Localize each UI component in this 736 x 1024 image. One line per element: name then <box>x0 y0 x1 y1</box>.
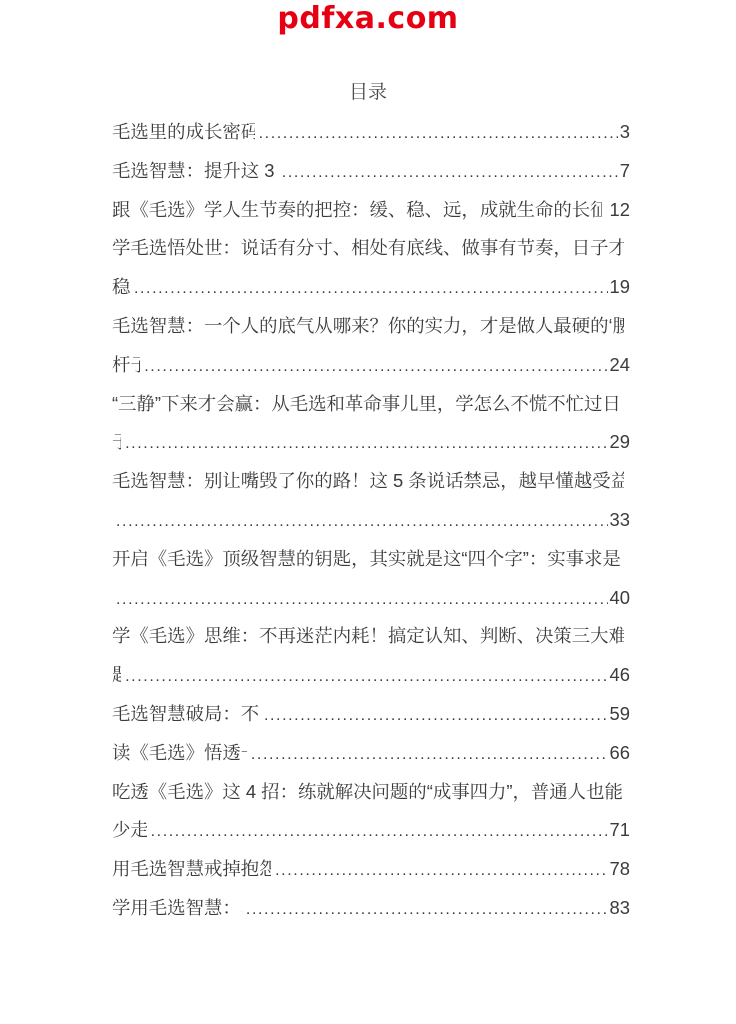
dot-leader: ........................................… <box>112 503 608 542</box>
toc-entry-text: 学毛选悟处世：说话有分寸、相处有底线、做事有节奏，日子才 <box>112 229 624 268</box>
toc-entry-text: 开启《毛选》顶级智慧的钥匙，其实就是这“四个字”：实事求是！ <box>112 540 624 579</box>
toc-page-number: 59 <box>610 695 630 734</box>
toc-entry-line: ........................................… <box>112 501 630 540</box>
dot-leader: ........................................… <box>242 891 608 930</box>
toc-entry-line: 毛选智慧破局：不顺时，果断卸下这 3 个“精神包袱”..............… <box>112 695 630 734</box>
dot-leader: ........................................… <box>255 115 618 154</box>
toc-page-number: 24 <box>610 346 630 385</box>
toc-entry-line: ........................................… <box>112 579 630 618</box>
dot-leader: ........................................… <box>147 813 608 852</box>
dot-leader: ........................................… <box>130 270 608 309</box>
toc-entry-text: 毛选智慧：提升这 3 个核心能力，就算是普通人也能干成事 <box>112 152 278 191</box>
toc-entry-line: 开启《毛选》顶级智慧的钥匙，其实就是这“四个字”：实事求是！ <box>112 540 630 579</box>
toc-page-number: 46 <box>610 656 630 695</box>
toc-entry-text: 跟《毛选》学人生节奏的把控：缓、稳、远，成就生命的长征 <box>112 191 602 230</box>
toc-entry-line: “三静”下来才会赢：从毛选和革命事儿里，学怎么不慌不忙过日 <box>112 385 630 424</box>
dot-leader: ........................................… <box>278 154 618 193</box>
toc-entry-line: 毛选智慧：提升这 3 个核心能力，就算是普通人也能干成事............… <box>112 152 630 191</box>
toc-page-number: 83 <box>610 889 630 928</box>
toc-entry-line: 毛选里的成长密码：越想向上长，就越要向下扎...................… <box>112 113 630 152</box>
toc-page-number: 66 <box>610 734 630 773</box>
dot-leader: ........................................… <box>112 581 608 620</box>
toc-entry-text: “三静”下来才会赢：从毛选和革命事儿里，学怎么不慌不忙过日 <box>112 385 621 424</box>
dot-leader: ........................................… <box>247 736 608 775</box>
toc-entry-text: 毛选智慧破局：不顺时，果断卸下这 3 个“精神包袱” <box>112 695 260 734</box>
toc-entry-line: 杆子’！....................................… <box>112 346 630 385</box>
toc-entry-line: 子.......................................… <box>112 423 630 462</box>
toc-entry-line: 题.......................................… <box>112 656 630 695</box>
toc-entry-text: 毛选智慧：一个人的底气从哪来？你的实力，才是做人最硬的‘腰 <box>112 307 624 346</box>
toc-entry-text: 毛选里的成长密码：越想向上长，就越要向下扎 <box>112 113 255 152</box>
toc-entry-line: 毛选智慧：别让嘴毁了你的路！这 5 条说话禁忌，越早懂越受益 <box>112 462 630 501</box>
toc-entry-line: 少走弯路....................................… <box>112 811 630 850</box>
toc-entry-line: 读《毛选》悟透一个道理：越固执，越没本事....................… <box>112 734 630 773</box>
toc-entry-text: 杆子’！ <box>112 346 140 385</box>
toc-entry-line: 学《毛选》思维：不再迷茫内耗！搞定认知、判断、决策三大难 <box>112 617 630 656</box>
toc-entry-text: 学用毛选智慧：真正厉害的人，都不慌不忙 <box>112 889 242 928</box>
toc-entry-text: 毛选智慧：别让嘴毁了你的路！这 5 条说话禁忌，越早懂越受益 <box>112 462 624 501</box>
toc-entry-line: 毛选智慧：一个人的底气从哪来？你的实力，才是做人最硬的‘腰 <box>112 307 630 346</box>
toc-page-number: 71 <box>610 811 630 850</box>
toc-page-number: 3 <box>620 113 630 152</box>
toc-page-number: 7 <box>620 152 630 191</box>
toc-entry-text: 子 <box>112 423 121 462</box>
toc-page-number: 19 <box>610 268 630 307</box>
toc-entry-line: 用毛选智慧戒掉抱怨：把“吐槽内耗”变成“解决问题”的狠招............… <box>112 850 630 889</box>
toc-entry-text: 稳当 <box>112 268 130 307</box>
toc-entry-line: 学用毛选智慧：真正厉害的人，都不慌不忙.....................… <box>112 889 630 928</box>
document-page: pdfxa.com 目录 毛选里的成长密码：越想向上长，就越要向下扎......… <box>0 0 736 1024</box>
toc-entry-line: 跟《毛选》学人生节奏的把控：缓、稳、远，成就生命的长征12 <box>112 191 630 230</box>
dot-leader: ........................................… <box>121 425 607 464</box>
toc-entry-text: 题 <box>112 656 121 695</box>
dot-leader: ........................................… <box>140 348 607 387</box>
toc-entry-text: 吃透《毛选》这 4 招：练就解决问题的“成事四力”，普通人也能 <box>112 773 623 812</box>
toc-page-number: 29 <box>610 423 630 462</box>
toc-page-number: 33 <box>610 501 630 540</box>
toc-list: 毛选里的成长密码：越想向上长，就越要向下扎...................… <box>0 113 736 928</box>
toc-entry-line: 学毛选悟处世：说话有分寸、相处有底线、做事有节奏，日子才 <box>112 229 630 268</box>
dot-leader: ........................................… <box>121 658 607 697</box>
toc-entry-text: 学《毛选》思维：不再迷茫内耗！搞定认知、判断、决策三大难 <box>112 617 624 656</box>
dot-leader: ........................................… <box>271 852 607 891</box>
toc-entry-line: 吃透《毛选》这 4 招：练就解决问题的“成事四力”，普通人也能 <box>112 773 630 812</box>
dot-leader: ........................................… <box>260 697 608 736</box>
toc-entry-line: 稳当......................................… <box>112 268 630 307</box>
toc-entry-text: 用毛选智慧戒掉抱怨：把“吐槽内耗”变成“解决问题”的狠招 <box>112 850 271 889</box>
toc-page-number: 40 <box>610 579 630 618</box>
toc-entry-text: 少走弯路 <box>112 811 147 850</box>
toc-title: 目录 <box>0 82 736 104</box>
toc-entry-text: 读《毛选》悟透一个道理：越固执，越没本事 <box>112 734 247 773</box>
toc-page-number: 12 <box>610 191 630 230</box>
toc-page-number: 78 <box>610 850 630 889</box>
site-watermark: pdfxa.com <box>0 0 736 36</box>
